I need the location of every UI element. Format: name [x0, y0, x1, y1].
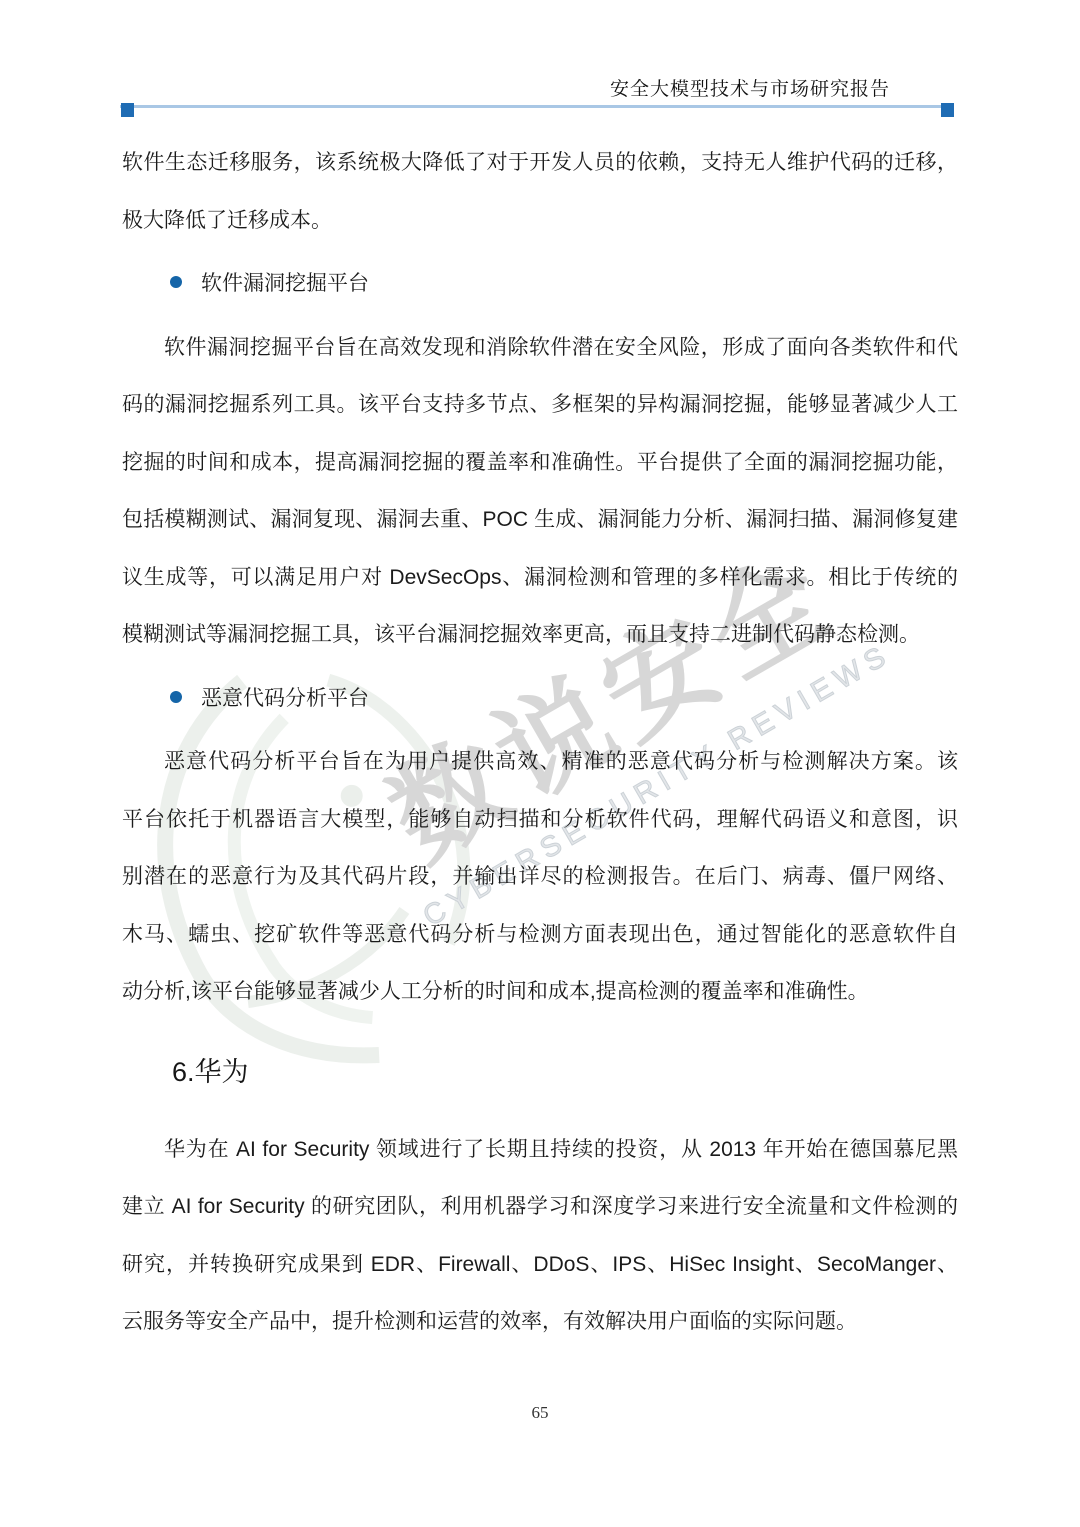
text-line: 研究，并转换研究成果到 EDR、Firewall、DDoS、IPS、HiSec …	[122, 1236, 958, 1294]
bullet-label: 软件漏洞挖掘平台	[201, 272, 369, 295]
header-rule	[120, 105, 954, 108]
bullet-label: 恶意代码分析平台	[201, 687, 369, 710]
text-line: 软件生态迁移服务，该系统极大降低了对于开发人员的依赖，支持无人维护代码的迁移，	[122, 134, 958, 192]
bullet-icon	[170, 276, 182, 288]
section-heading: 6.华为	[122, 1047, 958, 1097]
text-line: 挖掘的时间和成本，提高漏洞挖掘的覆盖率和准确性。平台提供了全面的漏洞挖掘功能，	[122, 434, 958, 492]
paragraph: 恶意代码分析平台旨在为用户提供高效、精准的恶意代码分析与检测解决方案。该平台依托…	[122, 733, 958, 1021]
bullet-item: 软件漏洞挖掘平台	[122, 255, 958, 313]
paragraph: 软件漏洞挖掘平台旨在高效发现和消除软件潜在安全风险，形成了面向各类软件和代码的漏…	[122, 319, 958, 664]
text-line: 云服务等安全产品中，提升检测和运营的效率，有效解决用户面临的实际问题。	[122, 1293, 958, 1351]
text-line: 建立 AI for Security 的研究团队，利用机器学习和深度学习来进行安…	[122, 1178, 958, 1236]
text-line: 码的漏洞挖掘系列工具。该平台支持多节点、多框架的异构漏洞挖掘，能够显著减少人工	[122, 376, 958, 434]
bullet-item: 恶意代码分析平台	[122, 670, 958, 728]
text-line: 议生成等，可以满足用户对 DevSecOps、漏洞检测和管理的多样化需求。相比于…	[122, 549, 958, 607]
text-line: 极大降低了迁移成本。	[122, 192, 958, 250]
document-body: 软件生态迁移服务，该系统极大降低了对于开发人员的依赖，支持无人维护代码的迁移，极…	[122, 134, 958, 1351]
text-line: 软件漏洞挖掘平台旨在高效发现和消除软件潜在安全风险，形成了面向各类软件和代	[122, 319, 958, 377]
text-line: 华为在 AI for Security 领域进行了长期且持续的投资，从 2013…	[122, 1121, 958, 1179]
bullet-icon	[170, 691, 182, 703]
text-line: 平台依托于机器语言大模型，能够自动扫描和分析软件代码，理解代码语义和意图，识	[122, 791, 958, 849]
text-line: 木马、蠕虫、挖矿软件等恶意代码分析与检测方面表现出色，通过智能化的恶意软件自	[122, 906, 958, 964]
text-line: 包括模糊测试、漏洞复现、漏洞去重、POC 生成、漏洞能力分析、漏洞扫描、漏洞修复…	[122, 491, 958, 549]
header-rule-right-square-icon	[941, 103, 954, 117]
paragraph: 软件生态迁移服务，该系统极大降低了对于开发人员的依赖，支持无人维护代码的迁移，极…	[122, 134, 958, 249]
header-rule-left-square-icon	[121, 103, 134, 117]
page-number: 65	[0, 1403, 1080, 1423]
header-title: 安全大模型技术与市场研究报告	[610, 78, 890, 102]
text-line: 别潜在的恶意行为及其代码片段，并输出详尽的检测报告。在后门、病毒、僵尸网络、	[122, 848, 958, 906]
text-line: 恶意代码分析平台旨在为用户提供高效、精准的恶意代码分析与检测解决方案。该	[122, 733, 958, 791]
report-page: 数说安全 CYBERSECURITY REVIEWS 安全大模型技术与市场研究报…	[0, 0, 1080, 1527]
text-line: 动分析,该平台能够显著减少人工分析的时间和成本,提高检测的覆盖率和准确性。	[122, 963, 958, 1021]
paragraph: 华为在 AI for Security 领域进行了长期且持续的投资，从 2013…	[122, 1121, 958, 1351]
text-line: 模糊测试等漏洞挖掘工具，该平台漏洞挖掘效率更高，而且支持二进制代码静态检测。	[122, 606, 958, 664]
